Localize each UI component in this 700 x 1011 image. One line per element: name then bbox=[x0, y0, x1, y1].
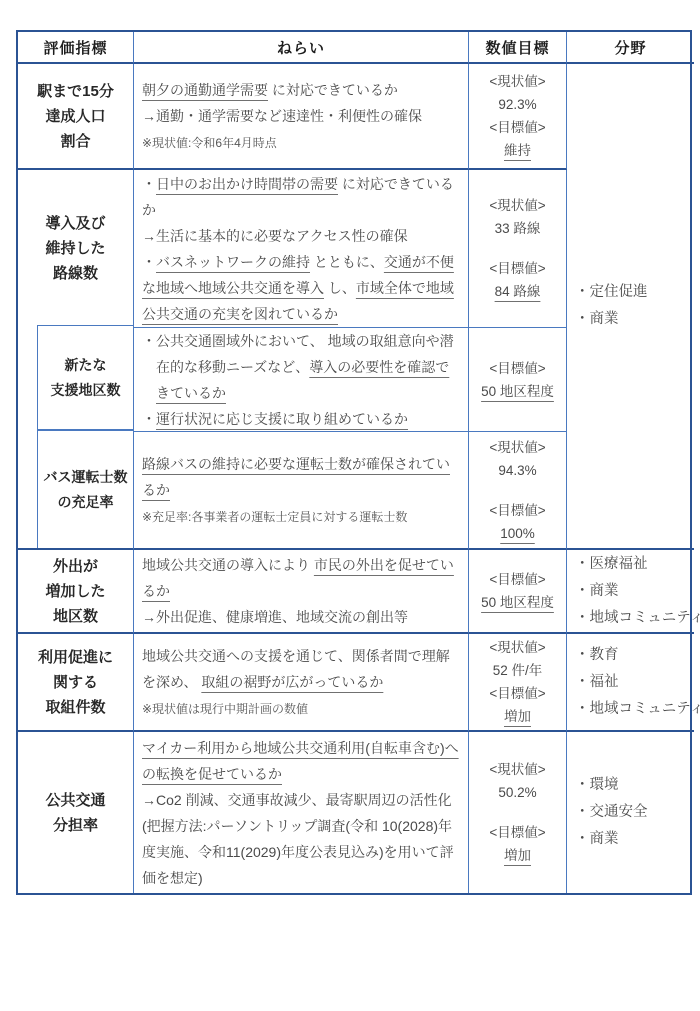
target-line: 増加 bbox=[504, 705, 531, 728]
cell-indicator-station15: 駅まで15分達成人口割合 bbox=[18, 64, 134, 170]
target-line: <目標値> bbox=[489, 116, 545, 139]
text-line: 達成人口 bbox=[45, 104, 105, 129]
target-line: <目標値> bbox=[489, 821, 545, 844]
paragraph: →通勤・通学需要など速達性・利便性の確保 bbox=[142, 103, 463, 129]
cell-indicator-outing-districts: 外出が増加した地区数 bbox=[18, 550, 134, 634]
paragraph: ・運行状況に応じ支援に取り組めているか bbox=[142, 406, 463, 432]
evaluation-indicators-table: 評価指標 ねらい 数値目標 分野 駅まで15分達成人口割合 朝夕の通勤通学需要 … bbox=[16, 30, 692, 895]
target-line: 50.2% bbox=[498, 781, 536, 804]
text-line: 利用促進に bbox=[38, 645, 113, 670]
header-cell-target: 数値目標 bbox=[469, 32, 567, 64]
underlined-text: 運行状況に応じ支援に取り組めているか bbox=[156, 411, 408, 427]
target-line: 33 路線 bbox=[495, 217, 541, 240]
target-line: 52 件/年 bbox=[493, 659, 543, 682]
text-segment: →生活に基本的に必要なアクセス性の確保 bbox=[142, 228, 408, 244]
cell-field-merged-rows1to4: ・定住促進・商業 bbox=[567, 64, 694, 550]
target-line: <目標値> bbox=[489, 357, 545, 380]
underlined-text: マイカー利用から地域公共交通利用(自転車含む)への転換を促せているか bbox=[142, 740, 459, 782]
header-label: 数値目標 bbox=[485, 37, 549, 58]
header-cell-field: 分野 bbox=[567, 32, 694, 64]
header-label: ねらい bbox=[277, 37, 325, 58]
target-line: <目標値> bbox=[489, 499, 545, 522]
text-line: ・商業 bbox=[575, 578, 619, 605]
cell-aim-new-districts: ・公共交通圏域外において、 地域の取組意向や潜在的な移動ニーズなど、導入の必要性… bbox=[134, 328, 469, 432]
text-line: ・商業 bbox=[575, 826, 619, 853]
target-line: 増加 bbox=[504, 844, 531, 867]
text-line: ・定住促進 bbox=[575, 279, 648, 306]
target-line: <目標値> bbox=[489, 682, 545, 705]
paragraph: ・日中のお出かけ時間帯の需要 に対応できているか bbox=[142, 171, 463, 223]
cell-field-promotion: ・教育・福祉・地域コミュニティ bbox=[567, 634, 694, 732]
text-segment: に対応できているか bbox=[268, 82, 398, 98]
paragraph: 路線バスの維持に必要な運転士数が確保されているか bbox=[142, 451, 463, 503]
text-line: 地区数 bbox=[53, 604, 98, 629]
text-line: 維持した bbox=[45, 236, 105, 261]
text-line: 関する bbox=[53, 670, 98, 695]
cell-indicator-modal-share: 公共交通分担率 bbox=[18, 732, 134, 893]
text-line: ・交通安全 bbox=[575, 799, 648, 826]
cell-target-outing-districts: <目標値>50 地区程度 bbox=[469, 550, 567, 634]
underlined-text: 朝夕の通勤通学需要 bbox=[142, 82, 268, 98]
cell-target-bus-drivers: <現状値>94.3%<目標値>100% bbox=[469, 432, 567, 550]
cell-aim-outing-districts: 地域公共交通の導入により 市民の外出を促せているか→外出促進、健康増進、地域交流… bbox=[134, 550, 469, 634]
target-line: <現状値> bbox=[489, 758, 545, 781]
cell-aim-routes: ・日中のお出かけ時間帯の需要 に対応できているか→生活に基本的に必要なアクセス性… bbox=[134, 170, 469, 328]
header-label: 評価指標 bbox=[43, 37, 107, 58]
underlined-text: 路線バスの維持に必要な運転士数が確保されているか bbox=[142, 456, 450, 498]
cell-aim-bus-drivers: 路線バスの維持に必要な運転士数が確保されているか※充足率:各事業者の運転士定員に… bbox=[134, 432, 469, 550]
target-line: 維持 bbox=[504, 139, 531, 162]
text-line: 割合 bbox=[60, 129, 90, 154]
target-line: <現状値> bbox=[489, 436, 545, 459]
text-line: ・地域コミュニティ bbox=[575, 696, 700, 723]
target-line: 100% bbox=[500, 522, 535, 545]
target-line: <現状値> bbox=[489, 194, 545, 217]
text-segment: 地域公共交通の導入により bbox=[142, 557, 314, 573]
target-line: 94.3% bbox=[498, 459, 536, 482]
text-line: ・商業 bbox=[575, 306, 619, 333]
text-segment: とともに、 bbox=[310, 254, 384, 270]
cell-field-modal-share: ・環境・交通安全・商業 bbox=[567, 732, 694, 893]
cell-indicator-promotion: 利用促進に関する取組件数 bbox=[18, 634, 134, 732]
paragraph: →外出促進、健康増進、地域交流の創出等 bbox=[142, 604, 463, 630]
text-line: 分担率 bbox=[53, 813, 98, 838]
text-line: 導入及び bbox=[45, 211, 105, 236]
text-line: 支援地区数 bbox=[51, 378, 121, 403]
text-segment: →Co2 削減、交通事故減少、最寄駅周辺の活性化 bbox=[142, 792, 452, 808]
paragraph: →Co2 削減、交通事故減少、最寄駅周辺の活性化 bbox=[142, 787, 463, 813]
text-segment: ※現状値は現行中期計画の数値 bbox=[142, 702, 308, 716]
text-segment: ・ bbox=[142, 254, 156, 270]
paragraph: (把握方法:パーソントリップ調査(令和 10(2028)年度実施、令和11(20… bbox=[142, 813, 463, 891]
cell-aim-station15: 朝夕の通勤通学需要 に対応できているか→通勤・通学需要など速達性・利便性の確保※… bbox=[134, 64, 469, 170]
cell-field-outing-districts: ・医療福祉・商業・地域コミュニティ bbox=[567, 550, 694, 634]
text-line: ・教育 bbox=[575, 642, 619, 669]
header-cell-indicator: 評価指標 bbox=[18, 32, 134, 64]
text-line: ・地域コミュニティ bbox=[575, 605, 700, 632]
cell-indicator-group-routes: 導入及び維持した路線数 新たな支援地区数 バス運転士数の充足率 bbox=[18, 170, 134, 550]
cell-target-promotion: <現状値>52 件/年<目標値>増加 bbox=[469, 634, 567, 732]
target-line: <目標値> bbox=[489, 257, 545, 280]
text-segment: ※現状値:令和6年4月時点 bbox=[142, 136, 277, 150]
target-line: <現状値> bbox=[489, 636, 545, 659]
text-segment: ・ bbox=[142, 411, 156, 427]
text-line: 路線数 bbox=[53, 261, 98, 286]
underlined-text: 日中のお出かけ時間帯の需要 bbox=[156, 176, 338, 192]
cell-aim-modal-share: マイカー利用から地域公共交通利用(自転車含む)への転換を促せているか→Co2 削… bbox=[134, 732, 469, 893]
target-line: 50 地区程度 bbox=[481, 380, 554, 403]
cell-target-station15: <現状値>92.3%<目標値>維持 bbox=[469, 64, 567, 170]
document-page: 評価指標 ねらい 数値目標 分野 駅まで15分達成人口割合 朝夕の通勤通学需要 … bbox=[0, 0, 700, 1011]
paragraph: ※現状値は現行中期計画の数値 bbox=[142, 695, 463, 722]
text-line: 取組件数 bbox=[45, 695, 105, 720]
text-segment: ・ bbox=[142, 176, 156, 192]
text-segment: し、 bbox=[324, 280, 356, 296]
underlined-text: 取組の裾野が広がっているか bbox=[201, 674, 383, 690]
paragraph: 地域公共交通の導入により 市民の外出を促せているか bbox=[142, 552, 463, 604]
paragraph: マイカー利用から地域公共交通利用(自転車含む)への転換を促せているか bbox=[142, 735, 463, 787]
text-line: 公共交通 bbox=[45, 788, 105, 813]
target-line: 84 路線 bbox=[495, 280, 541, 303]
cell-target-routes: <現状値>33 路線<目標値>84 路線 bbox=[469, 170, 567, 328]
paragraph: 朝夕の通勤通学需要 に対応できているか bbox=[142, 77, 463, 103]
target-line: <目標値> bbox=[489, 568, 545, 591]
text-segment: →通勤・通学需要など速達性・利便性の確保 bbox=[142, 108, 422, 124]
text-segment: (把握方法:パーソントリップ調査(令和 10(2028)年度実施、令和11(20… bbox=[142, 818, 454, 886]
cell-indicator-new-districts: 新たな支援地区数 bbox=[37, 325, 133, 430]
underlined-text: バスネットワークの維持 bbox=[156, 254, 310, 270]
header-label: 分野 bbox=[614, 37, 646, 58]
header-cell-aim: ねらい bbox=[134, 32, 469, 64]
text-line: の充足率 bbox=[58, 490, 114, 515]
paragraph: ・公共交通圏域外において、 地域の取組意向や潜在的な移動ニーズなど、導入の必要性… bbox=[142, 328, 463, 406]
target-line: 50 地区程度 bbox=[481, 591, 554, 614]
paragraph: 地域公共交通への支援を通じて、関係者間で理解を深め、 取組の裾野が広がっているか bbox=[142, 643, 463, 695]
cell-indicator-routes: 導入及び維持した路線数 bbox=[18, 170, 133, 326]
text-line: ・福祉 bbox=[575, 669, 619, 696]
paragraph: ・バスネットワークの維持 とともに、交通が不便な地域へ地域公共交通を導入 し、市… bbox=[142, 249, 463, 327]
text-line: ・環境 bbox=[575, 772, 619, 799]
paragraph: ※現状値:令和6年4月時点 bbox=[142, 129, 463, 156]
text-segment: →外出促進、健康増進、地域交流の創出等 bbox=[142, 609, 408, 625]
paragraph: →生活に基本的に必要なアクセス性の確保 bbox=[142, 223, 463, 249]
cell-aim-promotion: 地域公共交通への支援を通じて、関係者間で理解を深め、 取組の裾野が広がっているか… bbox=[134, 634, 469, 732]
text-segment: ※充足率:各事業者の運転士定員に対する運転士数 bbox=[142, 510, 407, 524]
text-line: 新たな bbox=[65, 353, 107, 378]
cell-target-modal-share: <現状値>50.2%<目標値>増加 bbox=[469, 732, 567, 893]
text-line: バス運転士数 bbox=[44, 465, 128, 490]
text-line: 駅まで15分 bbox=[37, 79, 114, 104]
target-line: 92.3% bbox=[498, 93, 536, 116]
text-line: 増加した bbox=[45, 579, 105, 604]
text-line: ・医療福祉 bbox=[575, 551, 648, 578]
text-line: 外出が bbox=[53, 554, 98, 579]
cell-target-new-districts: <目標値>50 地区程度 bbox=[469, 328, 567, 432]
cell-indicator-bus-drivers: バス運転士数の充足率 bbox=[37, 430, 133, 548]
paragraph: ※充足率:各事業者の運転士定員に対する運転士数 bbox=[142, 503, 463, 530]
target-line: <現状値> bbox=[489, 70, 545, 93]
